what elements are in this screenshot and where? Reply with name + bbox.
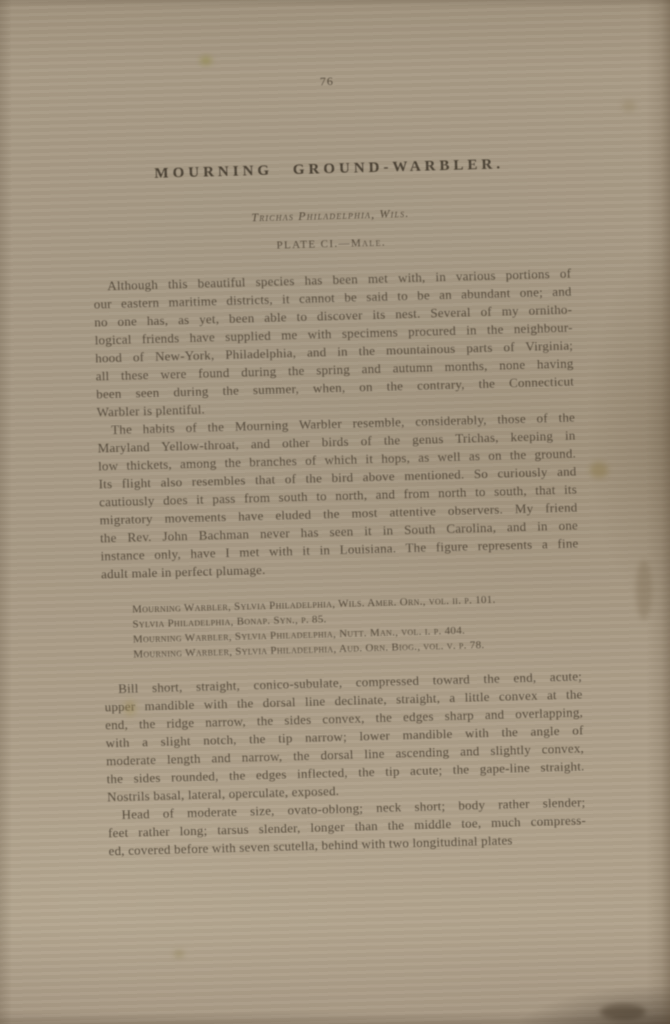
paragraph-habits-detail: The habits of the Mourning Warbler resem…: [97, 409, 579, 584]
book-page-photo: 76 MOURNING GROUND-WARBLER. Trichas Phil…: [0, 0, 670, 1024]
paragraph-head-description: Head of moderate size, ovato-oblong; nec…: [107, 793, 586, 860]
page-number: 76: [88, 68, 566, 96]
paragraph-habits-intro: Although this beautiful species has been…: [93, 265, 575, 422]
foxing-stain: [174, 950, 184, 958]
species-name: Trichas Philadelphia, Wils.: [91, 202, 569, 230]
article-body: Although this beautiful species has been…: [93, 265, 587, 861]
page-text-block: 76 MOURNING GROUND-WARBLER. Trichas Phil…: [87, 54, 586, 861]
paragraph-bill-description: Bill short, straight, conico-subulate, c…: [104, 667, 585, 806]
page-edge-smudge: [636, 560, 652, 620]
foxing-stain: [622, 100, 636, 112]
references-list: Mourning Warbler, Sylvia Philadelphia, W…: [132, 590, 581, 662]
article-title: MOURNING GROUND-WARBLER.: [90, 155, 568, 185]
page-edge-smudge: [600, 1004, 646, 1020]
plate-caption: PLATE CI.—Male.: [92, 232, 570, 257]
foxing-stain: [590, 462, 608, 478]
